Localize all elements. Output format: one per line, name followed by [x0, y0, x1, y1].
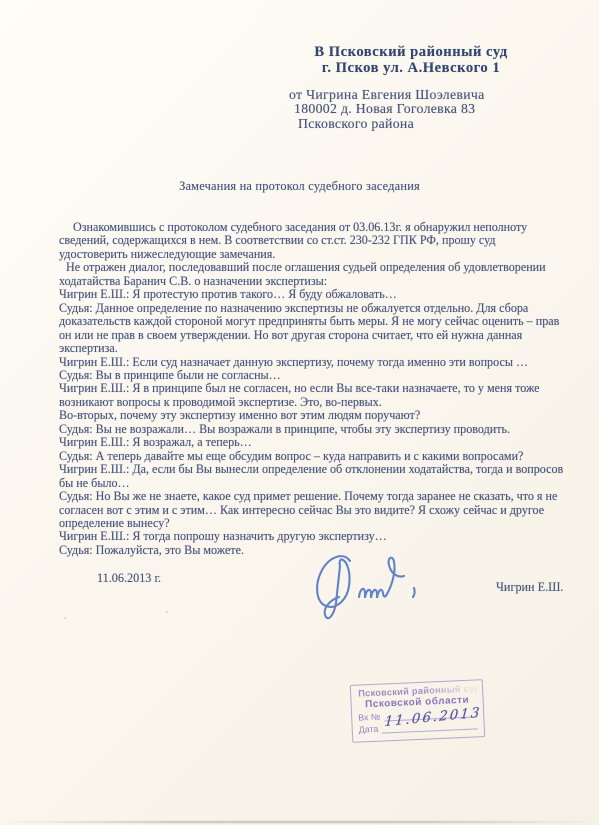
signer-name: Чигрин Е.Ш.: [496, 580, 563, 595]
stamp-incoming-number-label: Вх №: [358, 712, 380, 723]
document-date: 11.06.2013 г.: [97, 571, 161, 586]
sender-address-block: от Чигрина Евгения Шоэлевича 180002 д. Н…: [289, 88, 539, 131]
body-paragraph: Ознакомившись с протоколом судебного зас…: [59, 221, 566, 261]
document-body: Ознакомившись с протоколом судебного зас…: [59, 221, 566, 557]
court-address-line-2: г. Псков ул. А.Невского 1: [286, 61, 536, 77]
body-paragraph: Чигрин Е.Ш.: Я в принципе был не согласе…: [59, 382, 566, 409]
body-paragraph: Чигрин Е.Ш.: Я протестую против такого… …: [59, 288, 566, 301]
body-paragraph: Судья: Вы в принципе были не согласны…: [59, 369, 566, 382]
body-paragraph: Судья: А теперь давайте мы еще обсудим в…: [59, 450, 566, 463]
stamp-date-label: Дата: [359, 724, 379, 735]
body-paragraph: Чигрин Е.Ш.: Если суд назначает данную э…: [59, 356, 566, 369]
sender-district-line: Псковского района: [298, 117, 539, 131]
body-paragraph: Судья: Данное определение по назначению …: [59, 302, 566, 356]
body-paragraph: Чигрин Е.Ш.: Я возражал, а теперь…: [59, 436, 566, 449]
signature-ink-strokes: [303, 549, 455, 637]
court-address-block: В Псковский районный суд г. Псков ул. А.…: [286, 45, 536, 76]
scan-speck: [166, 611, 168, 613]
scanned-document-page: В Псковский районный суд г. Псков ул. А.…: [0, 0, 599, 825]
body-paragraph: Судья: Но Вы же не знаете, какое суд при…: [59, 490, 566, 530]
court-address-line-1: В Псковский районный суд: [286, 45, 536, 61]
scan-edge-shadow: [6, 821, 593, 824]
body-paragraph: Чигрин Е.Ш.: Да, если бы Вы вынесли опре…: [59, 463, 566, 490]
handwritten-signature: [303, 549, 455, 637]
body-paragraph: Чигрин Е.Ш.: Я тогда попрошу назначить д…: [59, 530, 566, 543]
sender-address-line: 180002 д. Новая Гоголевка 83: [294, 102, 539, 116]
document-title: Замечания на протокол судебного заседани…: [0, 179, 599, 194]
scan-speck: [64, 617, 66, 619]
sender-name-line: от Чигрина Евгения Шоэлевича: [289, 88, 539, 102]
body-paragraph: Во-вторых, почему эту экспертизу именно …: [59, 409, 566, 422]
registration-stamp: Псковский районный суд Псковской области…: [350, 679, 485, 743]
body-paragraph: Не отражен диалог, последовавший после о…: [59, 261, 566, 288]
body-paragraph: Судья: Вы не возражали… Вы возражали в п…: [59, 423, 566, 436]
